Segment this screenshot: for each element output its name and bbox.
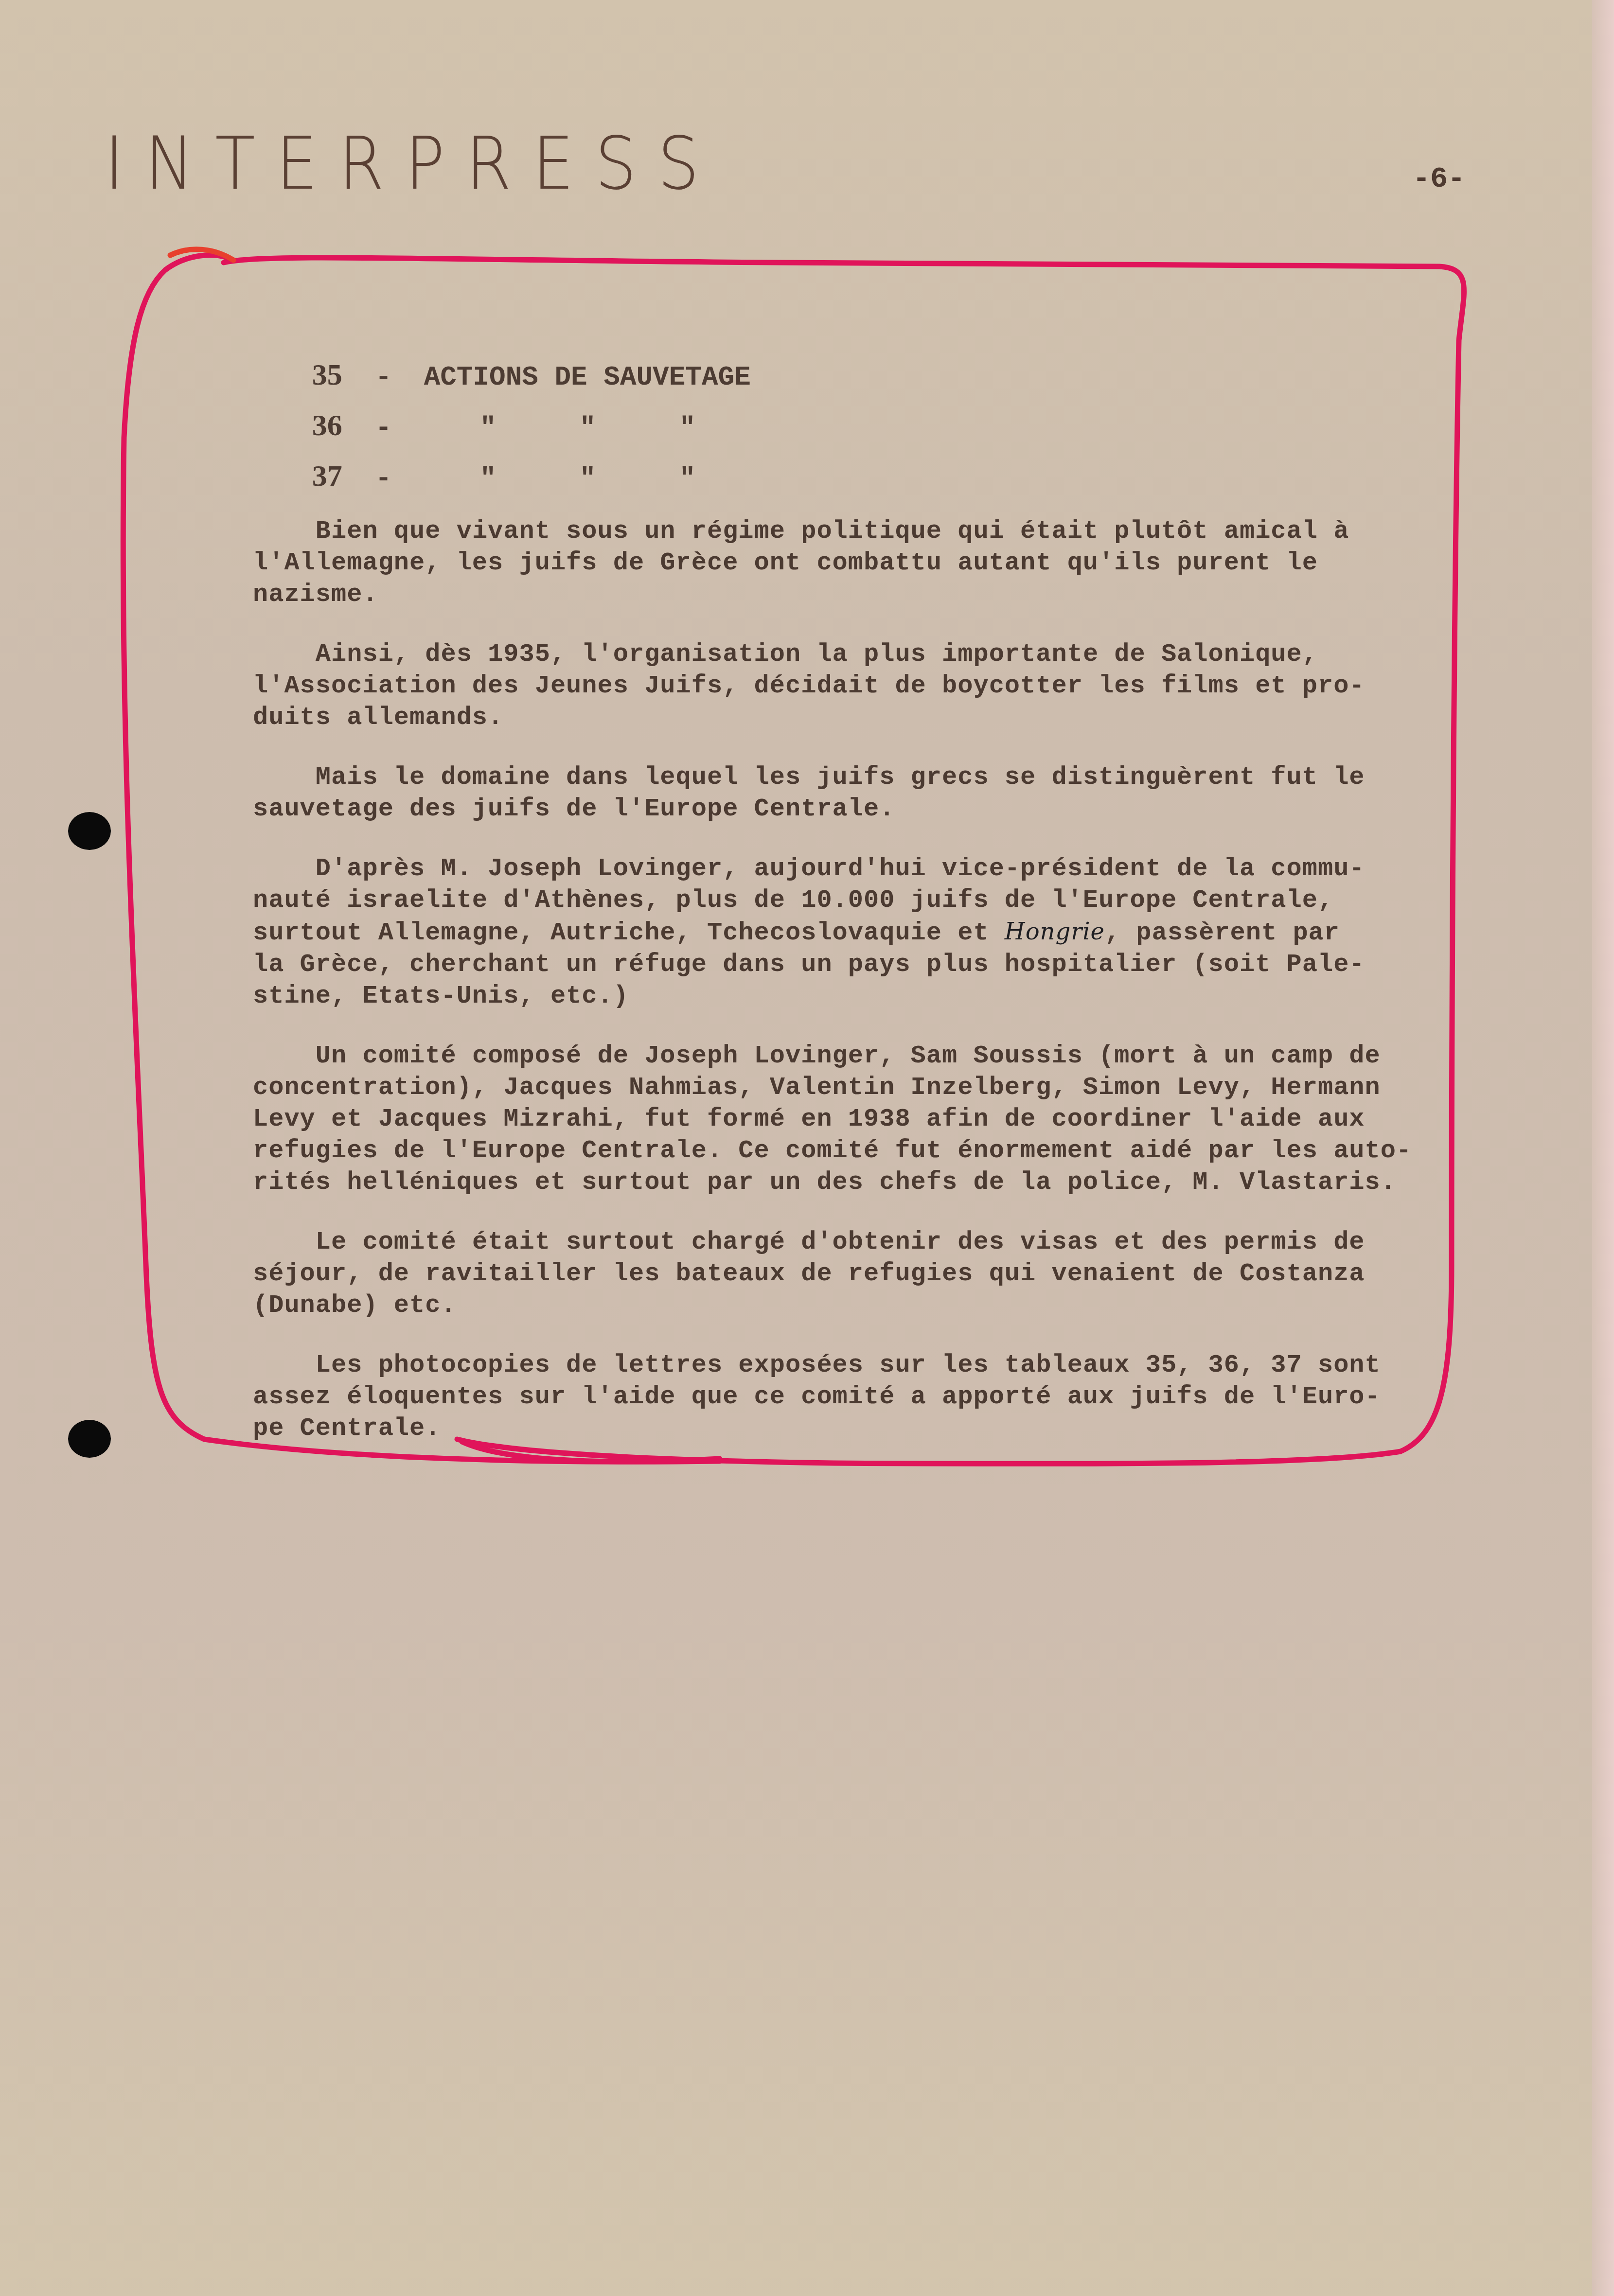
paragraph: D'après M. Joseph Lovinger, aujourd'hui … xyxy=(253,853,1478,1012)
ditto-mark: " xyxy=(480,403,580,453)
document-page: INTERPRESS -6- 35-ACTIONS DE SAUVETAGE 3… xyxy=(0,0,1614,2296)
exhibit-headings: 35-ACTIONS DE SAUVETAGE 36-""" 37-""" xyxy=(214,299,779,451)
exhibit-number: 37 xyxy=(312,451,375,501)
ditto-mark: " xyxy=(480,453,580,504)
paragraph: Mais le domaine dans lequel les juifs gr… xyxy=(253,761,1478,825)
exhibit-number: 35 xyxy=(312,350,375,400)
heading-row: 35-ACTIONS DE SAUVETAGE xyxy=(214,299,779,350)
heading-dash: - xyxy=(375,403,424,453)
paragraph: Les photocopies de lettres exposées sur … xyxy=(253,1349,1478,1444)
handwritten-correction: Hongrie xyxy=(1005,918,1105,945)
heading-title: ACTIONS DE SAUVETAGE xyxy=(424,362,751,393)
paragraph: Ainsi, dès 1935, l'organisation la plus … xyxy=(253,638,1478,733)
paragraph: Bien que vivant sous un régime politique… xyxy=(253,515,1478,610)
exhibit-number: 36 xyxy=(312,400,375,451)
paragraph: Un comité composé de Joseph Lovinger, Sa… xyxy=(253,1040,1478,1198)
body-text: Bien que vivant sous un régime politique… xyxy=(253,515,1478,1472)
ditto-mark: " xyxy=(580,403,679,453)
heading-dash: - xyxy=(375,352,424,403)
ditto-mark: " xyxy=(679,453,779,504)
ditto-mark: " xyxy=(679,403,779,453)
paragraph: Le comité était surtout chargé d'obtenir… xyxy=(253,1226,1478,1321)
ditto-mark: " xyxy=(580,453,679,504)
heading-dash: - xyxy=(375,453,424,504)
